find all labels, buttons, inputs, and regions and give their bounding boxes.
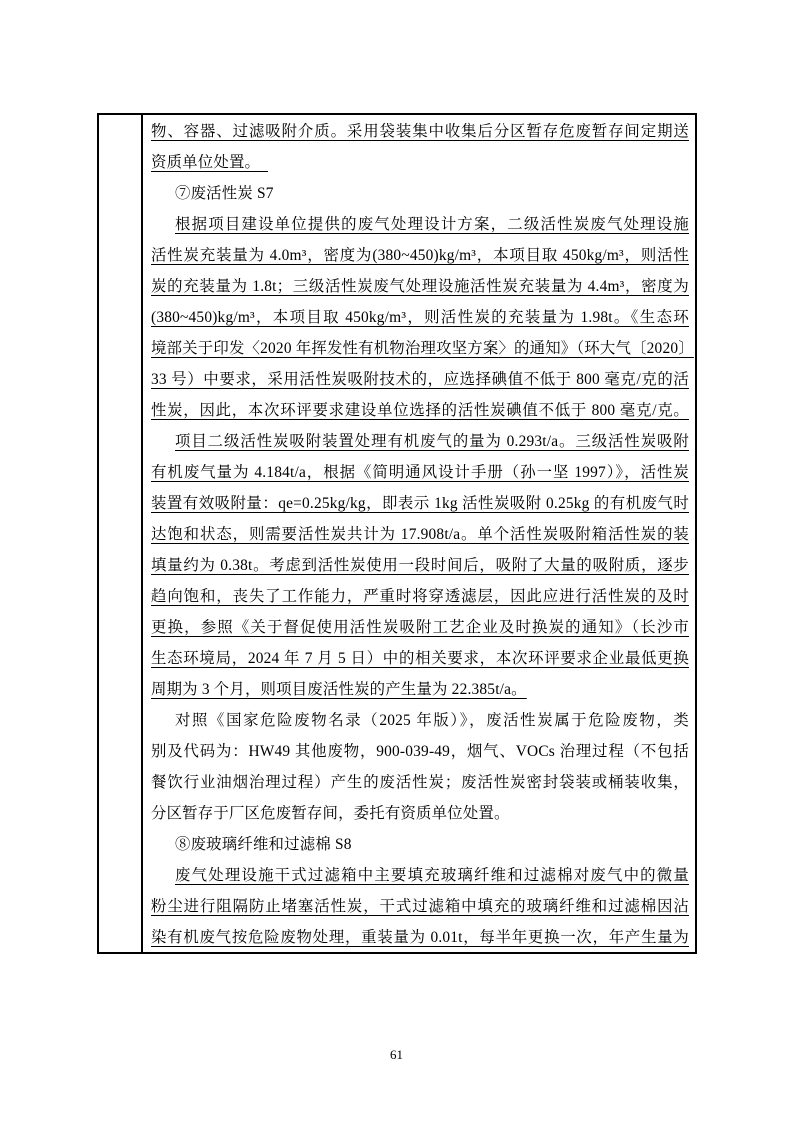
text-line: ⑦废活性炭 S7	[151, 178, 689, 209]
document-page: 物、容器、过滤吸附介质。采用袋装集中收集后分区暂存危废暂存间定期送资质单位处置。…	[0, 0, 793, 1122]
text-line: 对照《国家危险废物名录（2025 年版）》，废活性炭属于危险废物，类	[151, 705, 689, 736]
text-line: 有机废气量为 4.184t/a，根据《简明通风设计手册（孙一坚 1997）》，活…	[151, 457, 689, 488]
text-line: 物、容器、过滤吸附介质。采用袋装集中收集后分区暂存危废暂存间定期送	[151, 116, 689, 147]
table-left-column-empty	[99, 115, 143, 952]
text-line: (380~450)kg/m³，本项目取 450kg/m³，则活性炭的充装量为 1…	[151, 302, 689, 333]
text-line: 填量约为 0.38t。考虑到活性炭使用一段时间后，吸附了大量的吸附质，逐步	[151, 550, 689, 581]
text-line: 分区暂存于厂区危废暂存间，委托有资质单位处置。	[151, 798, 689, 829]
text-line: 生态环境局，2024 年 7 月 5 日）中的相关要求，本次环评要求企业最低更换	[151, 643, 689, 674]
text-line: 根据项目建设单位提供的废气处理设计方案，二级活性炭废气处理设施	[151, 209, 689, 240]
text-line: 趋向饱和，丧失了工作能力，严重时将穿透滤层，因此应进行活性炭的及时	[151, 581, 689, 612]
text-line: 废气处理设施干式过滤箱中主要填充玻璃纤维和过滤棉对废气中的微量	[151, 860, 689, 891]
text-line: 达饱和状态，则需要活性炭共计为 17.908t/a。单个活性炭吸附箱活性炭的装	[151, 519, 689, 550]
text-line: 33 号）中要求，采用活性炭吸附技术的，应选择碘值不低于 800 毫克/克的活	[151, 364, 689, 395]
text-line: 粉尘进行阻隔防止堵塞活性炭，干式过滤箱中填充的玻璃纤维和过滤棉因沾	[151, 891, 689, 922]
text-line: 别及代码为：HW49 其他废物，900-039-49，烟气、VOCs 治理过程（…	[151, 736, 689, 767]
text-line: 性炭，因此，本次环评要求建设单位选择的活性炭碘值不低于 800 毫克/克。	[151, 395, 689, 426]
text-line: 周期为 3 个月，则项目废活性炭的产生量为 22.385t/a。	[151, 674, 689, 705]
text-line: 更换，参照《关于督促使用活性炭吸附工艺企业及时换炭的通知》（长沙市	[151, 612, 689, 643]
table-text-cell: 物、容器、过滤吸附介质。采用袋装集中收集后分区暂存危废暂存间定期送资质单位处置。…	[143, 115, 695, 952]
text-line: 境部关于印发〈2020 年挥发性有机物治理攻坚方案〉的通知》（环大气〔2020〕	[151, 333, 689, 364]
text-line: 餐饮行业油烟治理过程）产生的废活性炭；废活性炭密封袋装或桶装收集，	[151, 767, 689, 798]
content-table: 物、容器、过滤吸附介质。采用袋装集中收集后分区暂存危废暂存间定期送资质单位处置。…	[97, 113, 697, 954]
text-line: ⑧废玻璃纤维和过滤棉 S8	[151, 829, 689, 860]
text-line: 染有机废气按危险废物处理，重装量为 0.01t，每半年更换一次，年产生量为	[151, 922, 689, 952]
text-line: 活性炭充装量为 4.0m³，密度为(380~450)kg/m³，本项目取 450…	[151, 240, 689, 271]
text-line: 项目二级活性炭吸附装置处理有机废气的量为 0.293t/a。三级活性炭吸附	[151, 426, 689, 457]
page-number: 61	[0, 1047, 793, 1063]
text-line: 炭的充装量为 1.8t；三级活性炭废气处理设施活性炭充装量为 4.4m³，密度为	[151, 271, 689, 302]
text-line: 资质单位处置。	[151, 147, 689, 178]
text-line: 装置有效吸附量：qe=0.25kg/kg，即表示 1kg 活性炭吸附 0.25k…	[151, 488, 689, 519]
